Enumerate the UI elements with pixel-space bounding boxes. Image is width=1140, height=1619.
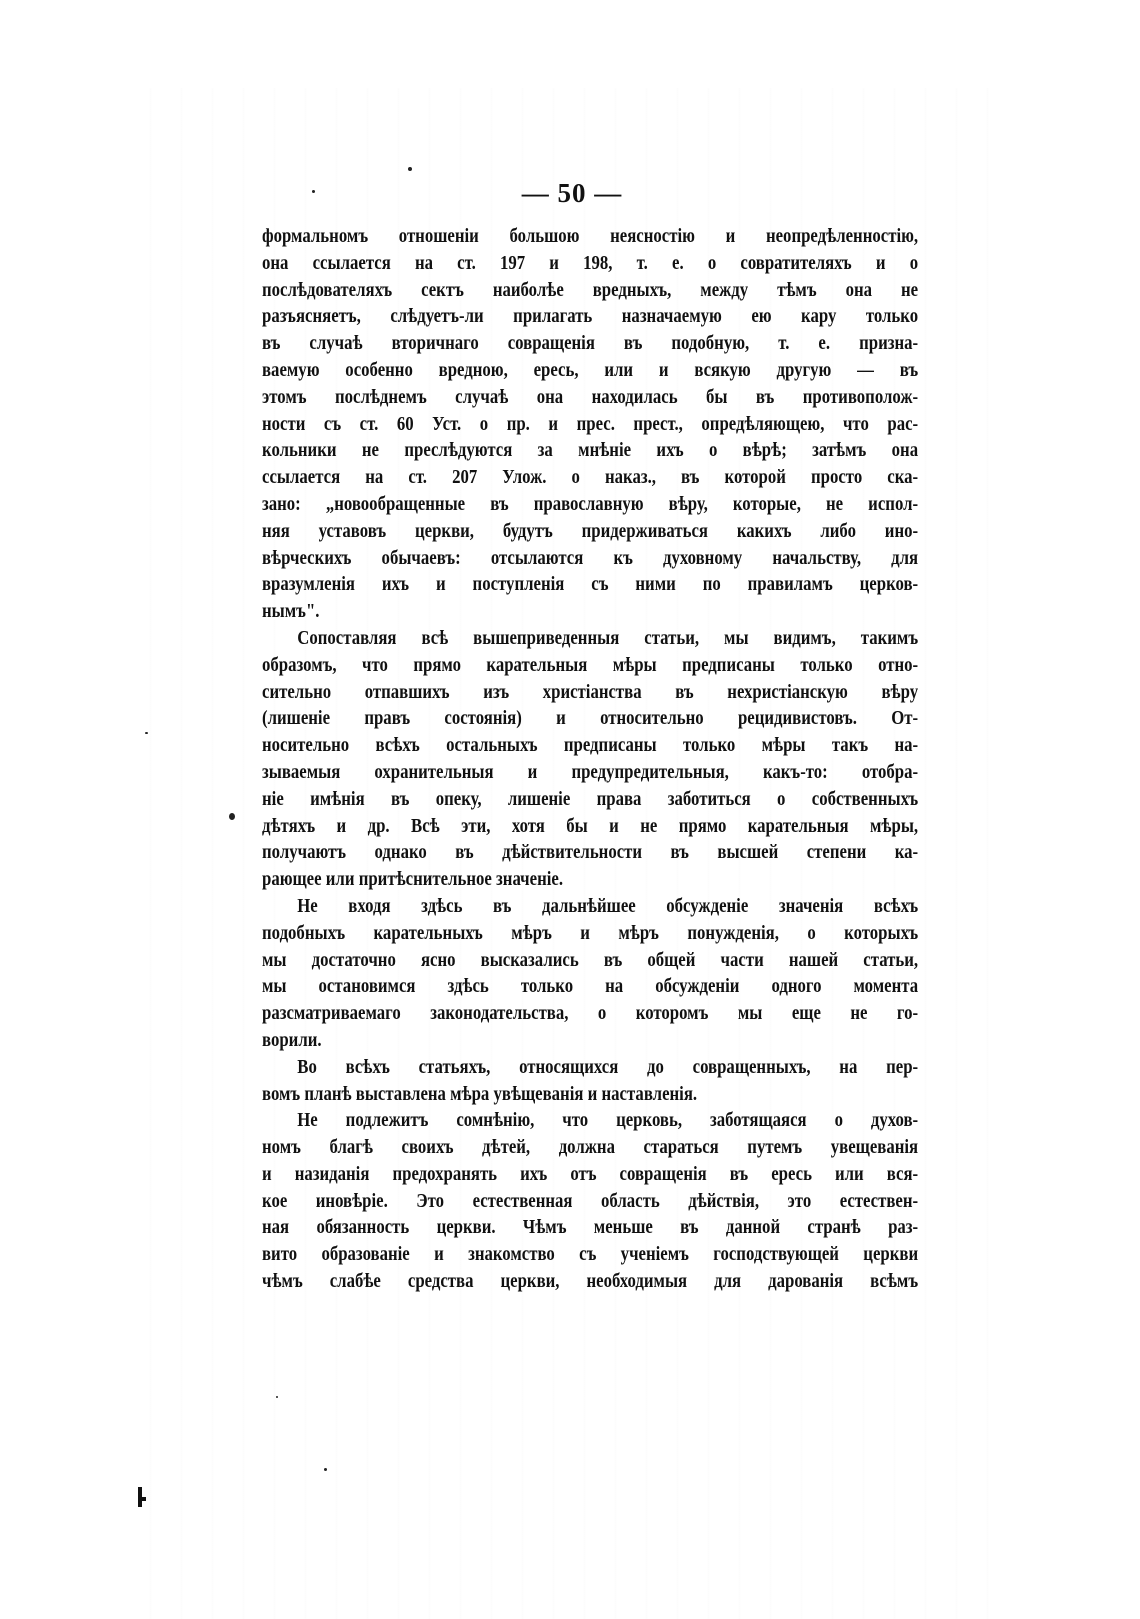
text-line: вѣрческихъ обычаевъ: отсылаются къ духов… [262,546,918,573]
paragraph-3: Не входя здѣсь въ дальнѣйшее обсужденіе … [262,894,918,1055]
text-line: подобныхъ карательныхъ мѣръ и мѣръ понуж… [262,921,918,948]
scanned-page: — 50 — формальномъ отношеніи большою нея… [135,88,1001,1619]
paragraph-4: Во всѣхъ статьяхъ, относящихся до совращ… [262,1055,918,1109]
text-line: этомъ послѣднемъ случаѣ она находилась б… [262,385,918,412]
text-line: номъ благѣ своихъ дѣтей, должна старатьс… [262,1135,918,1162]
text-line: вразумленія ихъ и поступленія съ ними по… [262,572,918,599]
text-line: Во всѣхъ статьяхъ, относящихся до совращ… [262,1055,918,1082]
paragraph-5: Не подлежитъ сомнѣнію, что церковь, забо… [262,1108,918,1296]
text-line: въ случаѣ вторичнаго совращенія въ подоб… [262,331,918,358]
scan-speck [312,190,315,193]
page-number: — 50 — [139,178,1005,209]
text-line: ссылается на ст. 207 Улож. о наказ., въ … [262,465,918,492]
scan-speck [276,1396,278,1398]
paragraph-1: формальномъ отношеніи большою неясностію… [262,224,918,626]
text-line: ная обязанность церкви. Чѣмъ меньше въ д… [262,1215,918,1242]
text-line: Сопоставляя всѣ вышеприведенныя статьи, … [262,626,918,653]
text-line: образомъ, что прямо карательныя мѣры пре… [262,653,918,680]
text-line: Не подлежитъ сомнѣнію, что церковь, забо… [262,1108,918,1135]
text-line: няя уставовъ церкви, будутъ придерживать… [262,519,918,546]
text-line: (лишеніе правъ состоянія) и относительно… [262,706,918,733]
text-line: дѣтяхъ и др. Всѣ эти, хотя бы и не прямо… [262,814,918,841]
scan-speck [408,167,412,171]
text-line: зываемыя охранительныя и предупредительн… [262,760,918,787]
body-text: формальномъ отношеніи большою неясностію… [262,224,918,1296]
text-line: разъясняетъ, слѣдуетъ-ли прилагать назна… [262,304,918,331]
text-line: зано: „новообращенные въ православную вѣ… [262,492,918,519]
text-line: сительно отпавшихъ изъ христіанства въ н… [262,680,918,707]
text-line: нымъ". [262,599,918,626]
text-line: формальномъ отношеніи большою неясностію… [262,224,918,251]
scan-speck [324,1468,327,1471]
text-line: мы остановимся здѣсь только на обсуждені… [262,974,918,1001]
paragraph-2: Сопоставляя всѣ вышеприведенныя статьи, … [262,626,918,894]
text-line: носительно всѣхъ остальныхъ предписаны т… [262,733,918,760]
text-line: чѣмъ слабѣе средства церкви, необходимыя… [262,1269,918,1296]
text-line: Не входя здѣсь въ дальнѣйшее обсужденіе … [262,894,918,921]
text-line: рающее или притѣснительное значеніе. [262,867,918,894]
text-line: послѣдователяхъ сектъ наиболѣе вредныхъ,… [262,278,918,305]
text-line: она ссылается на ст. 197 и 198, т. е. о … [262,251,918,278]
scan-speck [229,813,235,820]
text-line: вомъ планѣ выставлена мѣра увѣщеванія и … [262,1082,918,1109]
text-line: ваемую особенно вредною, ересь, или и вс… [262,358,918,385]
text-line: вито образованіе и знакомство съ ученіем… [262,1242,918,1269]
text-line: и назиданія предохранять ихъ отъ совраще… [262,1162,918,1189]
text-line: кольники не преслѣдуются за мнѣніе ихъ о… [262,438,918,465]
text-line: ности съ ст. 60 Уст. о пр. и прес. прест… [262,412,918,439]
text-line: мы достаточно ясно высказались въ общей … [262,948,918,975]
text-line: ніе имѣнія въ опеку, лишеніе права забот… [262,787,918,814]
text-line: ворили. [262,1028,918,1055]
text-line: кое иновѣріе. Это естественная область д… [262,1189,918,1216]
text-line: разсматриваемаго законодательства, о кот… [262,1001,918,1028]
text-line: получаютъ однако въ дѣйствительности въ … [262,840,918,867]
scan-margin-mark [141,1497,146,1501]
scan-speck [145,732,148,734]
